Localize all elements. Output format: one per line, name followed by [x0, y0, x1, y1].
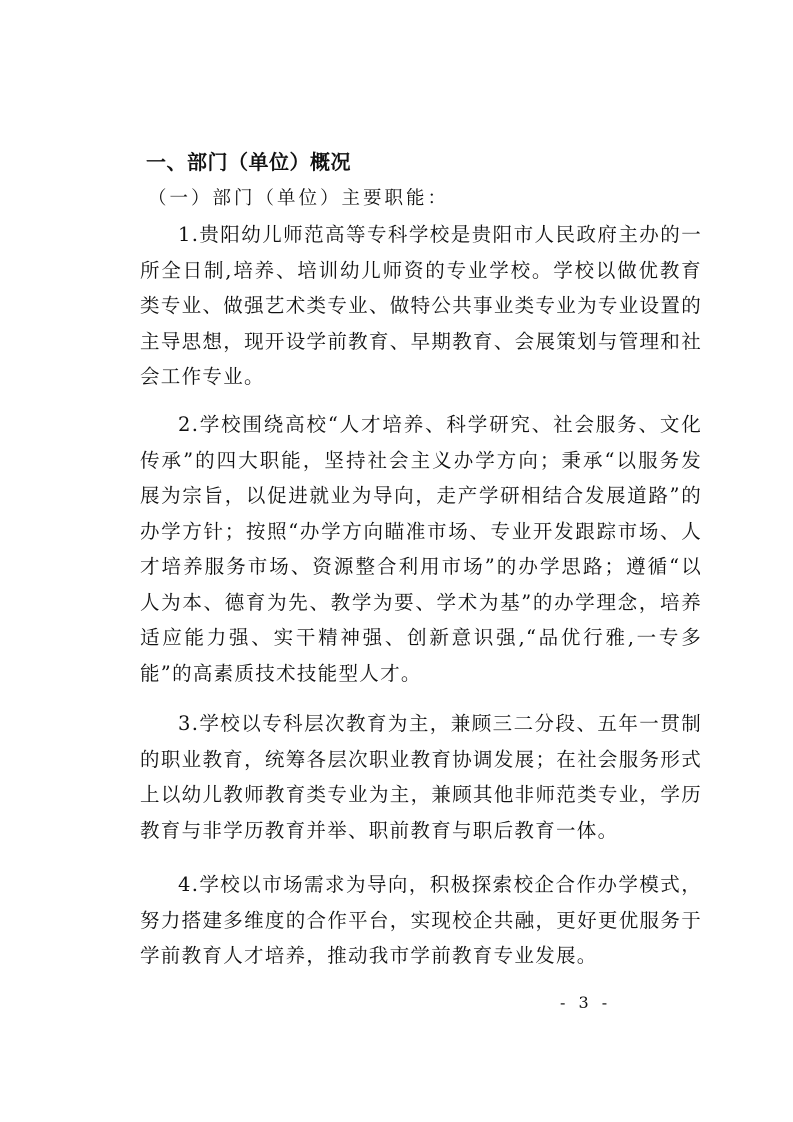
section-title: 一、部门（单位）概况 — [146, 146, 351, 175]
page-number: - 3 - — [560, 993, 611, 1012]
paragraph-1: 1.贵阳幼儿师范高等专科学校是贵阳市人民政府主办的一所全日制,培养、培训幼儿师资… — [140, 217, 702, 395]
paragraph-2: 2.学校围绕高校“人才培养、科学研究、社会服务、文化传承”的四大职能，坚持社会主… — [140, 407, 702, 691]
subsection-title: （一）部门（单位）主要职能： — [148, 184, 449, 210]
paragraph-3: 3.学校以专科层次教育为主，兼顾三二分段、五年一贯制的职业教育，统筹各层次职业教… — [140, 706, 702, 848]
paragraph-4: 4.学校以市场需求为导向，积极探索校企合作办学模式，努力搭建多维度的合作平台，实… — [140, 867, 702, 974]
document-page: 一、部门（单位）概况 （一）部门（单位）主要职能： 1.贵阳幼儿师范高等专科学校… — [0, 0, 793, 1122]
